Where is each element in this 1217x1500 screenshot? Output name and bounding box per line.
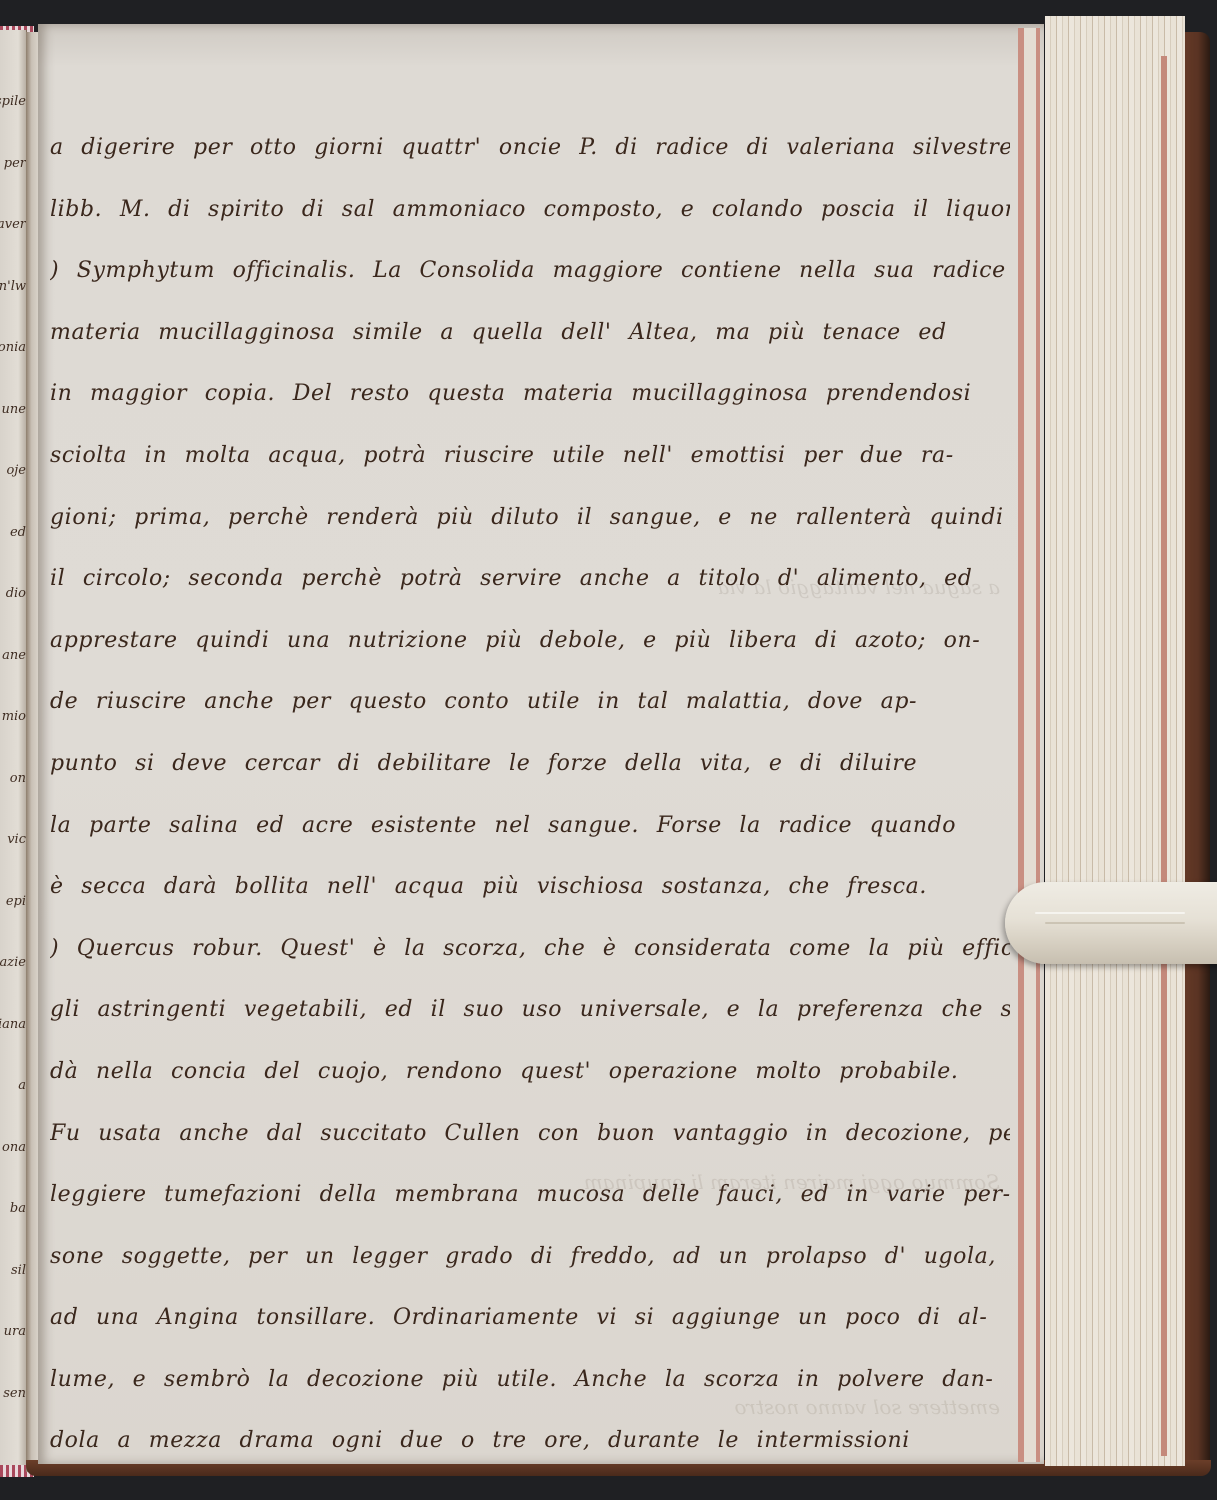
text-line: in maggior copia. Del resto questa mater… [50,374,1010,436]
fragment: onia [0,338,26,400]
fragment: n'lw [0,277,26,339]
text-line: ) Symphytum officinalis. La Consolida ma… [50,251,1010,313]
text-line: sciolta in molta acqua, potrà riuscire u… [50,436,1010,498]
previous-page-text-fragments: spile per paver n'lw onia une oje ed dio… [0,92,26,1445]
text-line: punto si deve cercar di debilitare le fo… [50,744,1010,806]
handwritten-text: a digerire per otto giorni quattr' oncie… [50,128,1010,1483]
text-line: dola a mezza drama ogni due o tre ore, d… [50,1421,1010,1483]
text-line: leggiere tumefazioni della membrana muco… [50,1175,1010,1237]
text-line: gioni; prima, perchè renderà più diluto … [50,498,1010,560]
page-red-edge [1018,28,1040,1462]
text-line: materia mucillagginosa simile a quella d… [50,313,1010,375]
fragment: ane [0,646,26,708]
fragment: spile [0,92,26,154]
fragment: sil [0,1261,26,1323]
fragment: paver [0,215,26,277]
fragment: ura [0,1322,26,1384]
fragment: ona [0,1138,26,1200]
text-line: ad una Angina tonsillare. Ordinariamente… [50,1298,1010,1360]
text-line: apprestare quindi una nutrizione più deb… [50,621,1010,683]
text-line: a digerire per otto giorni quattr' oncie… [50,128,1010,190]
fragment: azie [0,953,26,1015]
text-line: lume, e sembrò la decozione più utile. A… [50,1360,1010,1422]
fragment: mio [0,707,26,769]
page-edges-stack [1045,16,1185,1466]
previous-page-edge: spile per paver n'lw onia une oje ed dio… [0,30,27,1470]
fragment: ed [0,523,26,585]
fragment: per [0,154,26,216]
fragment: iana [0,1015,26,1077]
text-line: dà nella concia del cuojo, rendono quest… [50,1052,1010,1114]
text-line: libb. M. di spirito di sal ammoniaco com… [50,190,1010,252]
fragment: une [0,400,26,462]
text-line: gli astringenti vegetabili, ed il suo us… [50,990,1010,1052]
page-holder-weight [1005,882,1217,964]
fragment: oje [0,461,26,523]
text-line: Fu usata anche dal succitato Cullen con … [50,1114,1010,1176]
text-line: ) Quercus robur. Quest' è la scorza, che… [50,929,1010,991]
fragment: on [0,769,26,831]
text-line: de riuscire anche per questo conto utile… [50,682,1010,744]
red-edge-band [1161,56,1167,1456]
text-line: il circolo; seconda perchè potrà servire… [50,559,1010,621]
fragment: sen [0,1384,26,1446]
text-line: è secca darà bollita nell' acqua più vis… [50,867,1010,929]
fragment: vic [0,830,26,892]
fragment: a [0,1076,26,1138]
text-line: sone soggette, per un legger grado di fr… [50,1237,1010,1299]
text-line: la parte salina ed acre esistente nel sa… [50,806,1010,868]
fragment: ba [0,1199,26,1261]
fragment: dio [0,584,26,646]
fragment: epi [0,892,26,954]
